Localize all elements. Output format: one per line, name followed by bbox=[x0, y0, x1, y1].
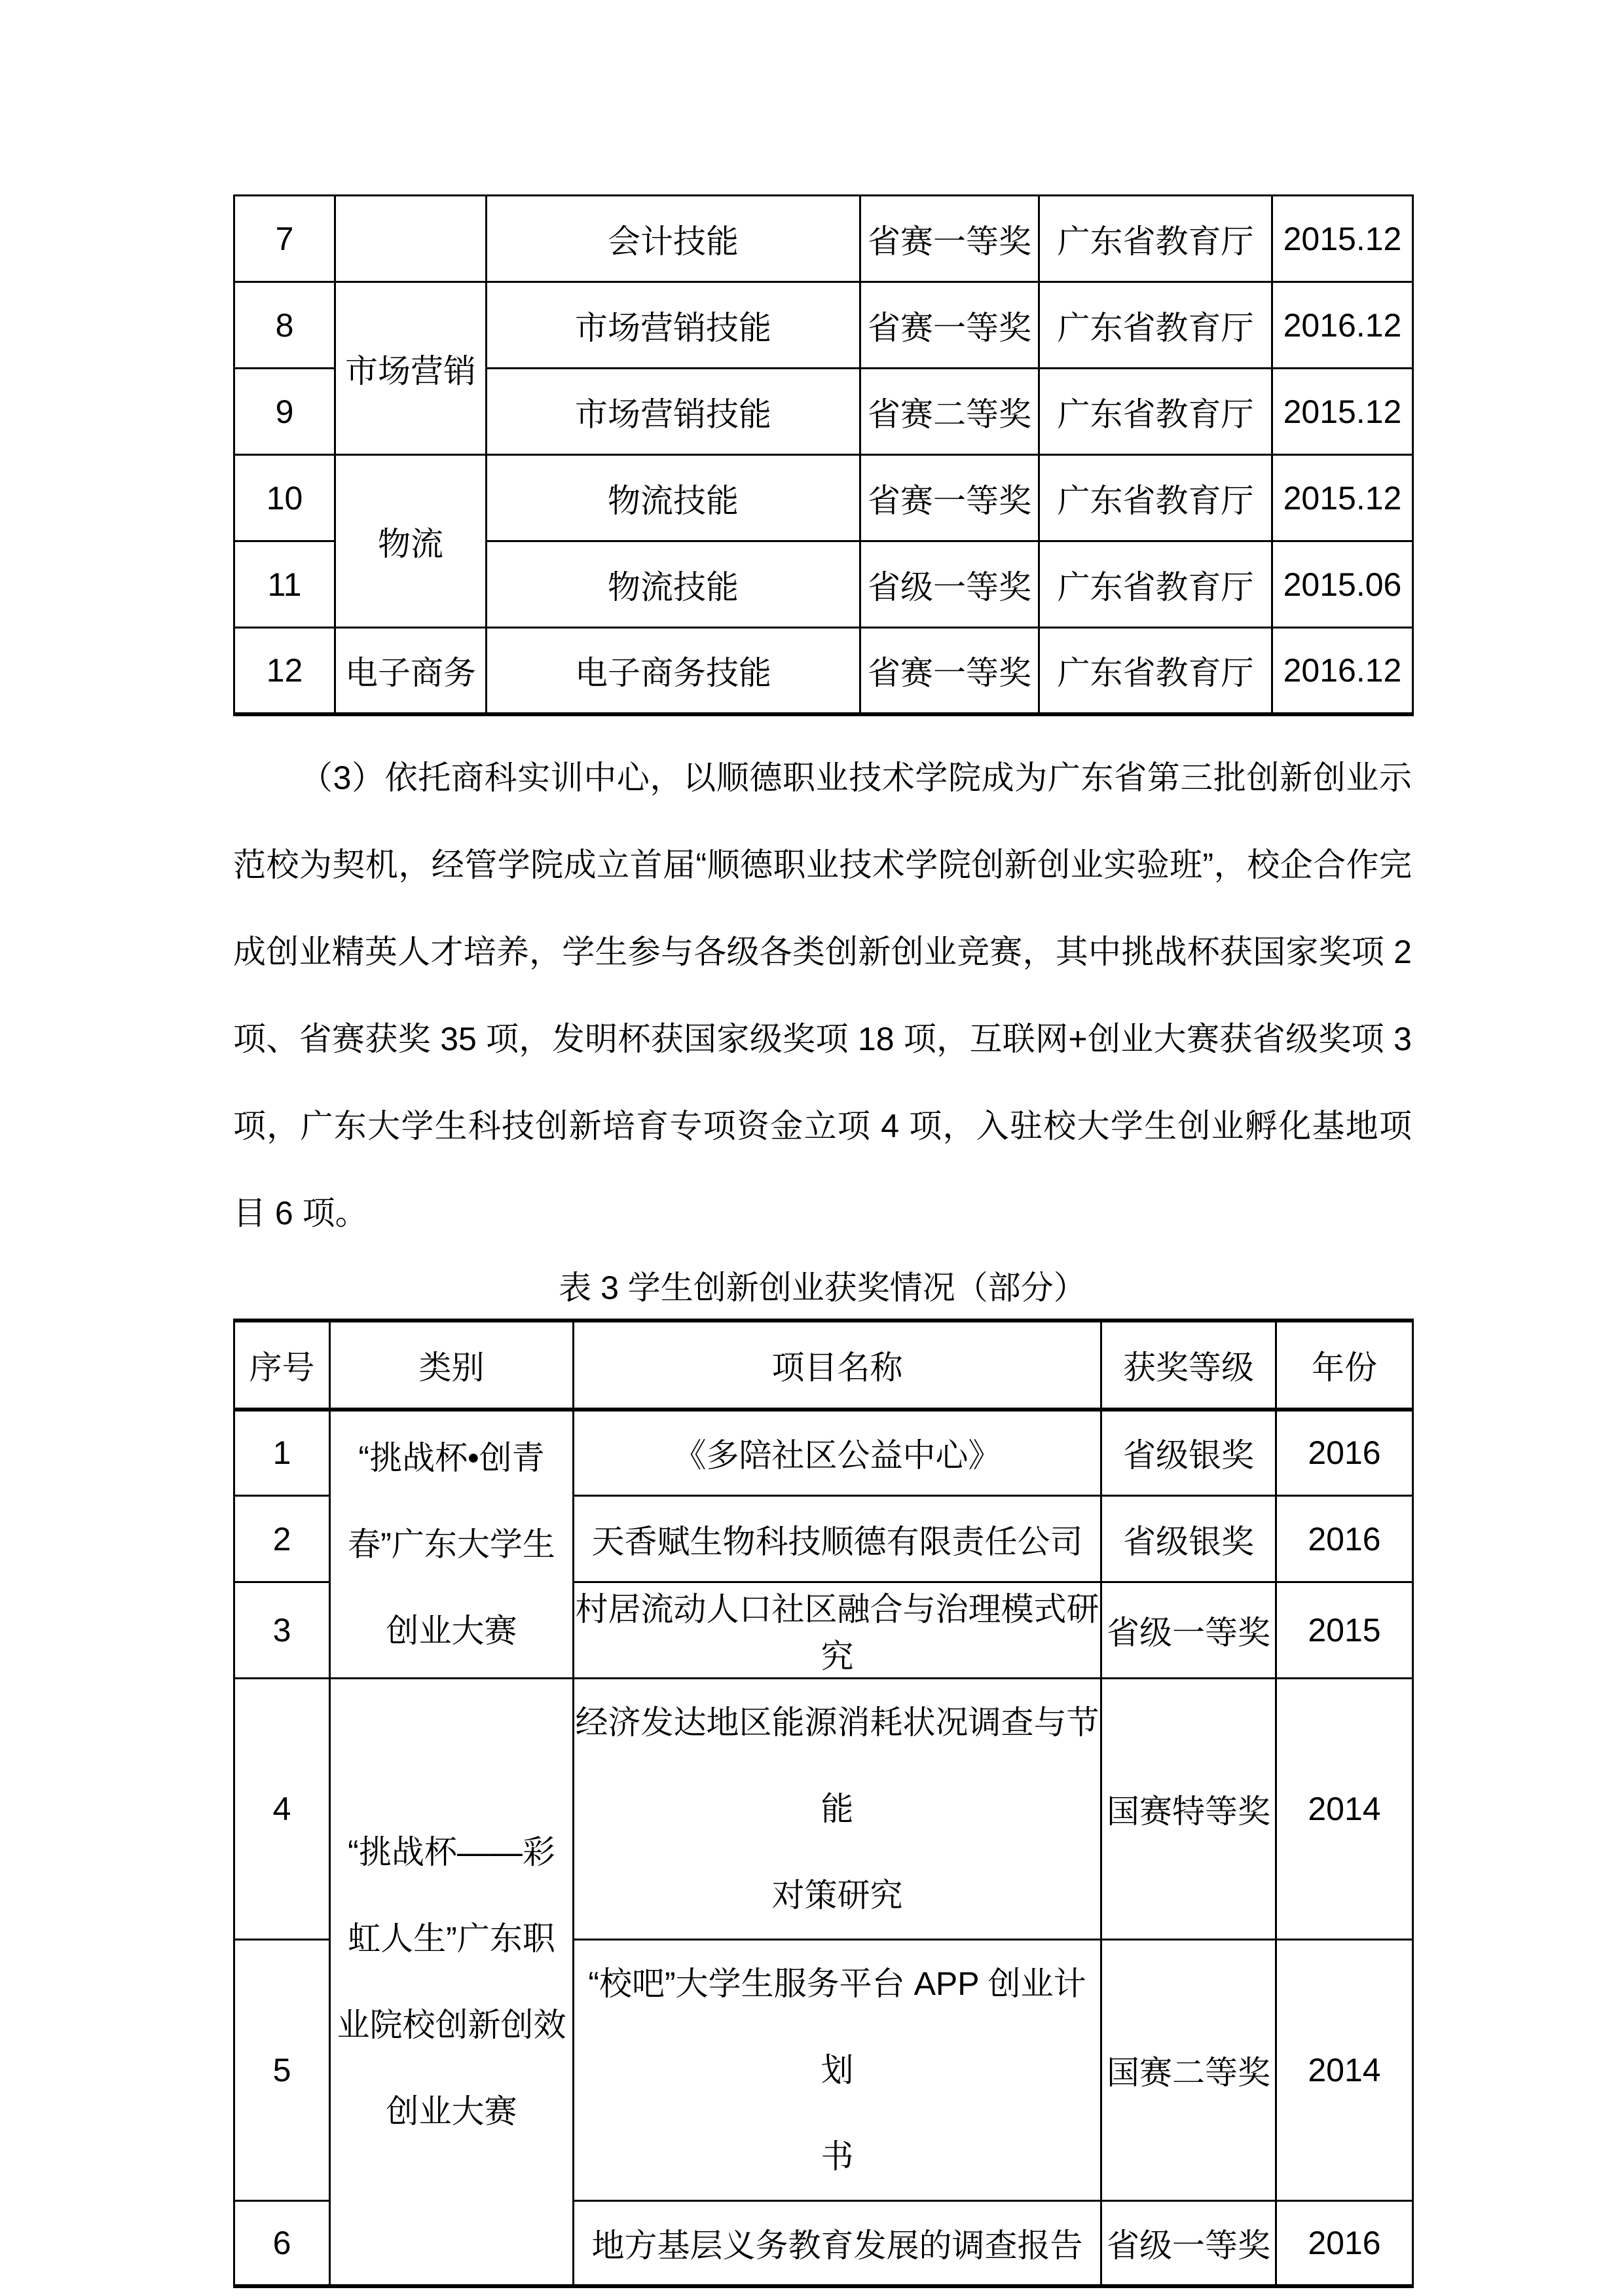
skill-cell: 市场营销技能 bbox=[487, 282, 860, 369]
issuer-cell: 广东省教育厅 bbox=[1039, 282, 1272, 369]
skills-awards-table-continued: 7 会计技能 省赛一等奖 广东省教育厅 2015.12 8 市场营销 市场营销技… bbox=[233, 194, 1414, 716]
issuer-cell: 广东省教育厅 bbox=[1039, 196, 1272, 282]
level-cell: 国赛二等奖 bbox=[1101, 1940, 1276, 2201]
project-cell: 经济发达地区能源消耗状况调查与节能 对策研究 bbox=[574, 1679, 1101, 1940]
header-category: 类别 bbox=[330, 1321, 574, 1410]
level-cell: 省级银奖 bbox=[1101, 1496, 1276, 1582]
date-cell: 2015.12 bbox=[1272, 455, 1413, 541]
serial-cell: 4 bbox=[234, 1679, 330, 1940]
year-cell: 2016 bbox=[1276, 1410, 1413, 1496]
issuer-cell: 广东省教育厅 bbox=[1039, 455, 1272, 541]
header-project: 项目名称 bbox=[574, 1321, 1101, 1410]
header-level: 获奖等级 bbox=[1101, 1321, 1276, 1410]
category-cell: 电子商务 bbox=[335, 628, 487, 714]
serial-cell: 12 bbox=[234, 628, 335, 714]
year-cell: 2015 bbox=[1276, 1582, 1413, 1679]
award-level-cell: 省赛二等奖 bbox=[860, 369, 1039, 455]
issuer-cell: 广东省教育厅 bbox=[1039, 628, 1272, 714]
year-cell: 2014 bbox=[1276, 1940, 1413, 2201]
year-cell: 2016 bbox=[1276, 2201, 1413, 2286]
header-serial: 序号 bbox=[234, 1321, 330, 1410]
body-paragraph: （3）依托商科实训中心，以顺德职业技术学院成为广东省第三批创新创业示范校为契机，… bbox=[233, 735, 1412, 1257]
serial-cell: 5 bbox=[234, 1940, 330, 2201]
table-row: 10 物流 物流技能 省赛一等奖 广东省教育厅 2015.12 bbox=[234, 455, 1413, 541]
award-level-cell: 省级一等奖 bbox=[860, 541, 1039, 628]
serial-cell: 1 bbox=[234, 1410, 330, 1496]
serial-cell: 11 bbox=[234, 541, 335, 628]
year-cell: 2016 bbox=[1276, 1496, 1413, 1582]
table-row: 7 会计技能 省赛一等奖 广东省教育厅 2015.12 bbox=[234, 196, 1413, 282]
project-cell: 天香赋生物科技顺德有限责任公司 bbox=[574, 1496, 1101, 1582]
year-cell: 2014 bbox=[1276, 1679, 1413, 1940]
date-cell: 2016.12 bbox=[1272, 282, 1413, 369]
serial-cell: 7 bbox=[234, 196, 335, 282]
award-level-cell: 省赛一等奖 bbox=[860, 455, 1039, 541]
serial-cell: 10 bbox=[234, 455, 335, 541]
table-row: 1 “挑战杯•创青 春”广东大学生 创业大赛 《多陪社区公益中心》 省级银奖 2… bbox=[234, 1410, 1413, 1496]
table-row: 8 市场营销 市场营销技能 省赛一等奖 广东省教育厅 2016.12 bbox=[234, 282, 1413, 369]
level-cell: 省级一等奖 bbox=[1101, 2201, 1276, 2286]
category-cell: “挑战杯•创青 春”广东大学生 创业大赛 bbox=[330, 1410, 574, 1679]
date-cell: 2015.12 bbox=[1272, 196, 1413, 282]
table-header-row: 序号 类别 项目名称 获奖等级 年份 bbox=[234, 1321, 1413, 1410]
date-cell: 2015.12 bbox=[1272, 369, 1413, 455]
date-cell: 2016.12 bbox=[1272, 628, 1413, 714]
project-cell: 村居流动人口社区融合与治理模式研究 bbox=[574, 1582, 1101, 1679]
category-cell: 市场营销 bbox=[335, 282, 487, 455]
category-cell: 物流 bbox=[335, 455, 487, 628]
serial-cell: 2 bbox=[234, 1496, 330, 1582]
skill-cell: 电子商务技能 bbox=[487, 628, 860, 714]
serial-cell: 6 bbox=[234, 2201, 330, 2286]
table3-caption: 表 3 学生创新创业获奖情况（部分） bbox=[233, 1257, 1412, 1319]
issuer-cell: 广东省教育厅 bbox=[1039, 541, 1272, 628]
issuer-cell: 广东省教育厅 bbox=[1039, 369, 1272, 455]
category-cell bbox=[335, 196, 487, 282]
skill-cell: 会计技能 bbox=[487, 196, 860, 282]
level-cell: 省级银奖 bbox=[1101, 1410, 1276, 1496]
project-cell: 《多陪社区公益中心》 bbox=[574, 1410, 1101, 1496]
table-row: 4 “挑战杯——彩 虹人生”广东职 业院校创新创效 创业大赛 经济发达地区能源消… bbox=[234, 1679, 1413, 1940]
level-cell: 省级一等奖 bbox=[1101, 1582, 1276, 1679]
award-level-cell: 省赛一等奖 bbox=[860, 628, 1039, 714]
skill-cell: 物流技能 bbox=[487, 455, 860, 541]
header-year: 年份 bbox=[1276, 1321, 1413, 1410]
serial-cell: 8 bbox=[234, 282, 335, 369]
project-cell: “校吧”大学生服务平台 APP 创业计划 书 bbox=[574, 1940, 1101, 2201]
document-page: 7 会计技能 省赛一等奖 广东省教育厅 2015.12 8 市场营销 市场营销技… bbox=[0, 0, 1624, 2296]
serial-cell: 3 bbox=[234, 1582, 330, 1679]
skill-cell: 市场营销技能 bbox=[487, 369, 860, 455]
date-cell: 2015.06 bbox=[1272, 541, 1413, 628]
project-cell: 地方基层义务教育发展的调查报告 bbox=[574, 2201, 1101, 2286]
award-level-cell: 省赛一等奖 bbox=[860, 196, 1039, 282]
category-cell: “挑战杯——彩 虹人生”广东职 业院校创新创效 创业大赛 bbox=[330, 1679, 574, 2286]
level-cell: 国赛特等奖 bbox=[1101, 1679, 1276, 1940]
serial-cell: 9 bbox=[234, 369, 335, 455]
table-row: 12 电子商务 电子商务技能 省赛一等奖 广东省教育厅 2016.12 bbox=[234, 628, 1413, 714]
skill-cell: 物流技能 bbox=[487, 541, 860, 628]
student-awards-table: 序号 类别 项目名称 获奖等级 年份 1 “挑战杯•创青 春”广东大学生 创业大… bbox=[233, 1319, 1414, 2288]
award-level-cell: 省赛一等奖 bbox=[860, 282, 1039, 369]
